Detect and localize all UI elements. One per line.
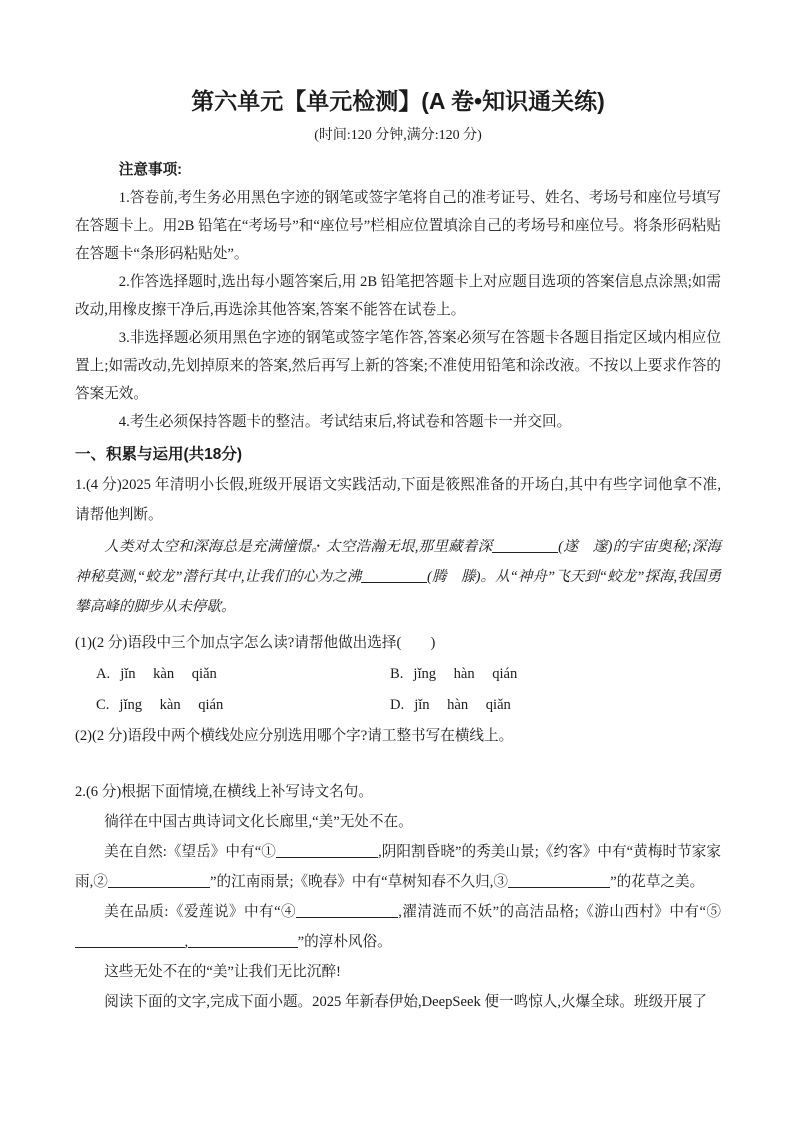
question-2-intro: 徜徉在中国古典诗词文化长廊里,“美”无处不在。 <box>75 807 721 837</box>
reading-intro: 阅读下面的文字,完成下面小题。2025 年新春伊始,DeepSeek 便一鸣惊人… <box>75 987 721 1017</box>
text-run: ”的江南雨景;《晚春》中有“草树知春不久归,③ <box>210 874 508 890</box>
notice-item-4: 4.考生必须保持答题卡的整洁。考试结束后,将试卷和答题卡一并交回。 <box>75 408 721 436</box>
text-run: 美在品质:《爱莲说》中有“④ <box>104 904 296 920</box>
text-run: 行其中,让我们的心为之沸 <box>197 569 361 585</box>
exam-time-score: (时间:120 分钟,满分:120 分) <box>75 124 721 148</box>
emphasized-char: 憬 <box>296 539 311 555</box>
option-d-label: D. <box>390 697 404 713</box>
answer-blank <box>108 885 210 888</box>
question-1-sub-1: (1)(2 分)语段中三个加点字怎么读?请帮他做出选择( ) <box>75 628 721 658</box>
option-c-pinyin: jǐng kàn qián <box>119 697 223 713</box>
text-run: ”的淳朴风俗。 <box>298 934 392 950</box>
text-run: ,濯清涟而不妖”的高洁品格;《游山西村》中有“⑤ <box>398 904 721 920</box>
text-run: 无垠,那里藏着深 <box>385 539 492 555</box>
question-1-sub-2: (2)(2 分)语段中两个横线处应分别选用哪个字?请工整书写在横线上。 <box>75 721 721 751</box>
question-1-stem: 1.(4 分)2025 年清明小长假,班级开展语文实践活动,下面是筱熙准备的开场… <box>75 470 721 530</box>
answer-blank <box>492 550 558 553</box>
option-a-pinyin: jǐn kàn qiǎn <box>120 666 217 682</box>
answer-blank <box>75 945 185 948</box>
question-2-paragraph-quality: 美在品质:《爱莲说》中有“④,濯清涟而不妖”的高洁品格;《游山西村》中有“⑤,”… <box>75 897 721 957</box>
notice-item-1: 1.答卷前,考生务必用黑色字迹的钢笔或签字笔将自己的准考证号、姓名、考场号和座位… <box>75 184 721 268</box>
emphasized-char: 潜 <box>182 569 197 585</box>
answer-blank <box>296 915 398 918</box>
option-d-pinyin: jǐn hàn qiǎn <box>414 697 511 713</box>
text-run: 美在自然:《望岳》中有“① <box>104 844 276 860</box>
question-1-passage: 人类对太空和深海总是充满憧憬。太空浩瀚无垠,那里藏着深(遂 邃)的宇宙奥秘;深海… <box>75 532 721 622</box>
question-2-paragraph-nature: 美在自然:《望岳》中有“①,阴阳割昏晓”的秀美山景;《约客》中有“黄梅时节家家雨… <box>75 837 721 897</box>
section-heading: 一、积累与运用(共18分) <box>75 440 721 470</box>
option-b-label: B. <box>390 666 403 682</box>
text-run: ”的花草之美。 <box>610 874 704 890</box>
document-page: 第六单元【单元检测】(A 卷•知识通关练) (时间:120 分钟,满分:120 … <box>0 0 793 1122</box>
text-run: 人类对太空和深海总是充满憧 <box>104 539 296 555</box>
question-2-closing: 这些无处不在的“美”让我们无比沉醉! <box>75 957 721 987</box>
notice-heading: 注意事项: <box>75 156 721 184</box>
emphasized-char: 瀚 <box>370 539 385 555</box>
option-b: B.jǐng hàn qián <box>390 659 721 690</box>
answer-blank <box>508 885 610 888</box>
answer-blank <box>188 945 298 948</box>
notice-section: 注意事项: 1.答卷前,考生务必用黑色字迹的钢笔或签字笔将自己的准考证号、姓名、… <box>75 156 721 436</box>
option-d: D.jǐn hàn qiǎn <box>390 690 721 721</box>
option-b-pinyin: jǐng hàn qián <box>413 666 517 682</box>
notice-item-3: 3.非选择题必须用黑色字迹的钢笔或签字笔作答,答案必须写在答题卡各题目指定区域内… <box>75 324 721 408</box>
page-title: 第六单元【单元检测】(A 卷•知识通关练) <box>75 84 721 118</box>
option-a-label: A. <box>96 666 110 682</box>
notice-item-2: 2.作答选择题时,选出每小题答案后,用 2B 铅笔把答题卡上对应题目选项的答案信… <box>75 268 721 324</box>
option-c: C.jǐng kàn qián <box>96 690 390 721</box>
option-c-label: C. <box>96 697 109 713</box>
answer-blank <box>276 855 378 858</box>
option-a: A.jǐn kàn qiǎn <box>96 659 390 690</box>
question-1-options: A.jǐn kàn qiǎn B.jǐng hàn qián C.jǐng kà… <box>75 659 721 721</box>
question-2-stem: 2.(6 分)根据下面情境,在横线上补写诗文名句。 <box>75 777 721 807</box>
answer-blank <box>361 580 427 583</box>
